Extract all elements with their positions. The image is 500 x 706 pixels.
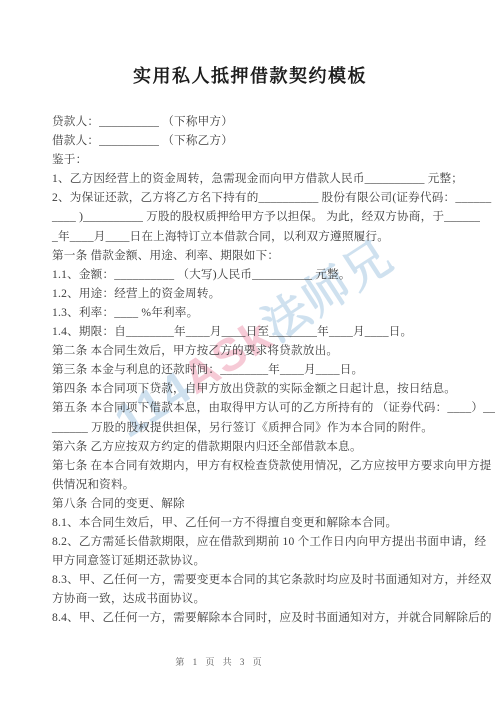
text-line: 2、为保证还款，乙方将乙方名下持有的__________ 股份有限公司(证券代码… — [52, 188, 458, 207]
text-line: 鉴于： — [52, 150, 458, 169]
text-line: 1.3、利率：____ %年利率。 — [52, 303, 458, 322]
text-line: 8.4、甲、乙任何一方，需要解除本合同时，应及时书面通知对方，并就合同解除后的 — [52, 608, 458, 627]
text-line: ____ )__________ 万股的股权质押给甲方予以担保。 为此，经双方协… — [52, 207, 458, 226]
text-line: ______ 万股的股权提供担保，另行签订《质押合同》作为本合同的附件。 — [52, 418, 458, 437]
text-line: 借款人：__________ （下称乙方） — [52, 131, 458, 150]
text-line: 第四条 本合同项下贷款，自甲方放出贷款的实际金额之日起计息，按日结息。 — [52, 379, 458, 398]
text-line: 第七条 在本合同有效期内，甲方有权检查贷款使用情况，乙方应按甲方要求向甲方提 — [52, 456, 458, 475]
text-line: 第五条 本合同项下借款本息，由取得甲方认可的乙方所持有的 （证券代码：____）… — [52, 398, 458, 417]
page-number: 第 1 页 共 3 页 — [0, 655, 440, 668]
text-line: 方协商一致，达成书面协议。 — [52, 589, 458, 608]
text-line: 1.4、期限：自________年____月____日至________年___… — [52, 322, 458, 341]
text-line: 8.2、乙方需延长借款期限，应在借款到期前 10 个工作日内向甲方提出书面申请，… — [52, 532, 458, 551]
text-line: 8.1、本合同生效后，甲、乙任何一方不得擅自变更和解除本合同。 — [52, 513, 458, 532]
body-text: 贷款人：__________ （下称甲方）借款人：__________ （下称乙… — [52, 112, 458, 628]
text-line: 第六条 乙方应按双方约定的借款期限内归还全部借款本息。 — [52, 437, 458, 456]
text-line: _年____月____日在上海特订立本借款合同，以利双方遵照履行。 — [52, 227, 458, 246]
text-line: 第二条 本合同生效后，甲方按乙方的要求将贷款放出。 — [52, 341, 458, 360]
page-title: 实用私人抵押借款契约模板 — [0, 62, 500, 88]
document-page: 114ASk法师兄 实用私人抵押借款契约模板 贷款人：__________ （下… — [0, 0, 500, 706]
text-line: 第一条 借款金额、用途、利率、期限如下： — [52, 246, 458, 265]
text-line: 第八条 合同的变更、解除 — [52, 494, 458, 513]
text-line: 供情况和资料。 — [52, 475, 458, 494]
text-line: 第三条 本金与利息的还款时间：________年____月____日。 — [52, 360, 458, 379]
text-line: 8.3、甲、乙任何一方，需要变更本合同的其它条款时均应及时书面通知对方，并经双 — [52, 570, 458, 589]
text-line: 1.2、用途：经营上的资金周转。 — [52, 284, 458, 303]
text-line: 1.1、金额：__________ （大写)人民币__________ 元整。 — [52, 265, 458, 284]
text-line: 甲方同意签订延期还款协议。 — [52, 551, 458, 570]
text-line: 1、乙方因经营上的资金周转，急需现金而向甲方借款人民币__________ 元整… — [52, 169, 458, 188]
text-line: 贷款人：__________ （下称甲方） — [52, 112, 458, 131]
